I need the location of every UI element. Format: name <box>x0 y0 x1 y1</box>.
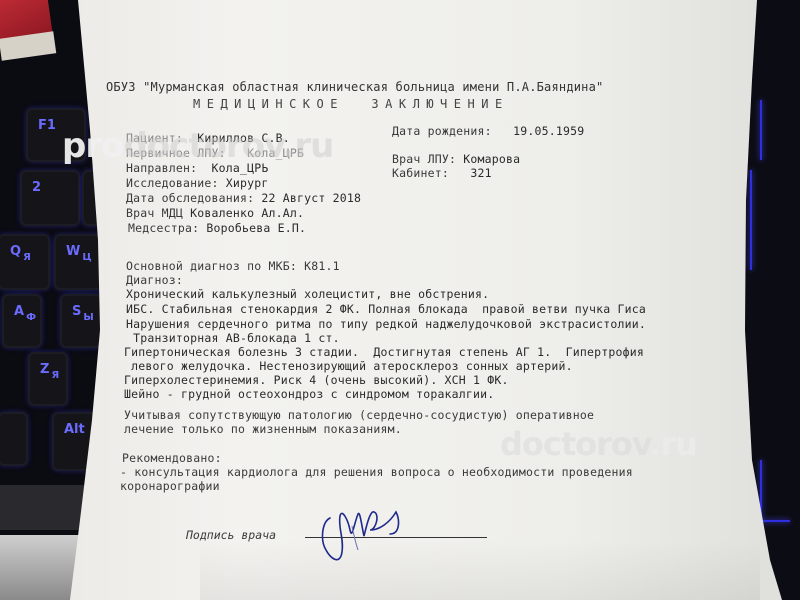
diagnosis-line: Гиперхолестеринемия. Риск 4 (очень высок… <box>124 373 509 387</box>
diagnosis-line: Гипертоническая болезнь 3 стадии. Достиг… <box>124 345 644 359</box>
institution-name: ОБУЗ "Мурманская областная клиническая б… <box>106 80 603 94</box>
field-doctor-mdc: Врач МДЦ Коваленко Ал.Ал. <box>126 206 304 220</box>
recommended-label: Рекомендовано: <box>122 451 222 465</box>
field-exam-date: Дата обследования: 22 Август 2018 <box>126 191 361 205</box>
field-label: Дата рождения: <box>392 124 492 138</box>
field-value: 19.05.1959 <box>513 124 584 138</box>
field-value: Хирург <box>226 176 269 190</box>
field-label: Врач МДЦ <box>126 206 183 220</box>
field-label: Кабинет: <box>392 166 449 180</box>
signature-icon <box>300 500 420 570</box>
diagnosis-line: Хронический калькулезный холецистит, вне… <box>126 287 489 301</box>
field-value: 22 Август 2018 <box>261 191 361 205</box>
field-birth-date: Дата рождения: 19.05.1959 <box>392 124 584 138</box>
conclusion-line: лечение только по жизненным показаниям. <box>124 422 402 436</box>
document-title: МЕДИЦИНСКОЕ ЗАКЛЮЧЕНИЕ <box>193 97 509 111</box>
diagnosis-line: Транзиторная АВ-блокада 1 ст. <box>126 331 340 345</box>
field-label: Медсестра: <box>128 221 199 235</box>
watermark-top: prodoctorov.ru <box>62 126 333 166</box>
diagnosis-line: Нарушения сердечного ритма по типу редко… <box>126 317 646 331</box>
field-lpu-doctor: Врач ЛПУ: Комарова <box>392 152 520 166</box>
diagnosis-line: левого желудочка. Нестенозирующий атерос… <box>124 359 573 373</box>
watermark-part: pro <box>62 126 123 166</box>
field-value: Воробьева Е.П. <box>206 221 306 235</box>
field-label: Дата обследования: <box>126 191 254 205</box>
field-nurse: Медсестра: Воробьева Е.П. <box>128 221 306 235</box>
diagnosis-line: Шейно - грудной остеохондроз с синдромом… <box>124 387 494 401</box>
field-label: Исследование: <box>126 176 219 190</box>
watermark-part: doctorov.ru <box>123 126 333 166</box>
field-label: Врач ЛПУ: <box>392 152 456 166</box>
medical-report: ОБУЗ "Мурманская областная клиническая б… <box>0 0 800 600</box>
field-value: Комарова <box>463 152 520 166</box>
diagnosis-line: ИБС. Стабильная стенокардия 2 ФК. Полная… <box>126 302 646 316</box>
recommendation-line: коронарографии <box>120 479 220 493</box>
signature-label: Подпись врача <box>186 528 276 542</box>
watermark-part: .ru <box>649 425 697 463</box>
diagnosis-label: Диагноз: <box>126 273 183 287</box>
field-value: 321 <box>470 166 491 180</box>
recommendation-line: - консультация кардиолога для решения во… <box>120 465 633 479</box>
conclusion-line: Учитывая сопутствующую патологию (сердеч… <box>124 408 594 422</box>
field-value: Коваленко Ал.Ал. <box>190 206 304 220</box>
field-examination: Исследование: Хирург <box>126 176 268 190</box>
watermark-bottom: doctorov.ru <box>500 425 697 463</box>
field-cabinet: Кабинет: 321 <box>392 166 492 180</box>
watermark-part: doctorov <box>500 425 649 463</box>
icd-code: Основной диагноз по МКБ: K81.1 <box>126 259 340 273</box>
